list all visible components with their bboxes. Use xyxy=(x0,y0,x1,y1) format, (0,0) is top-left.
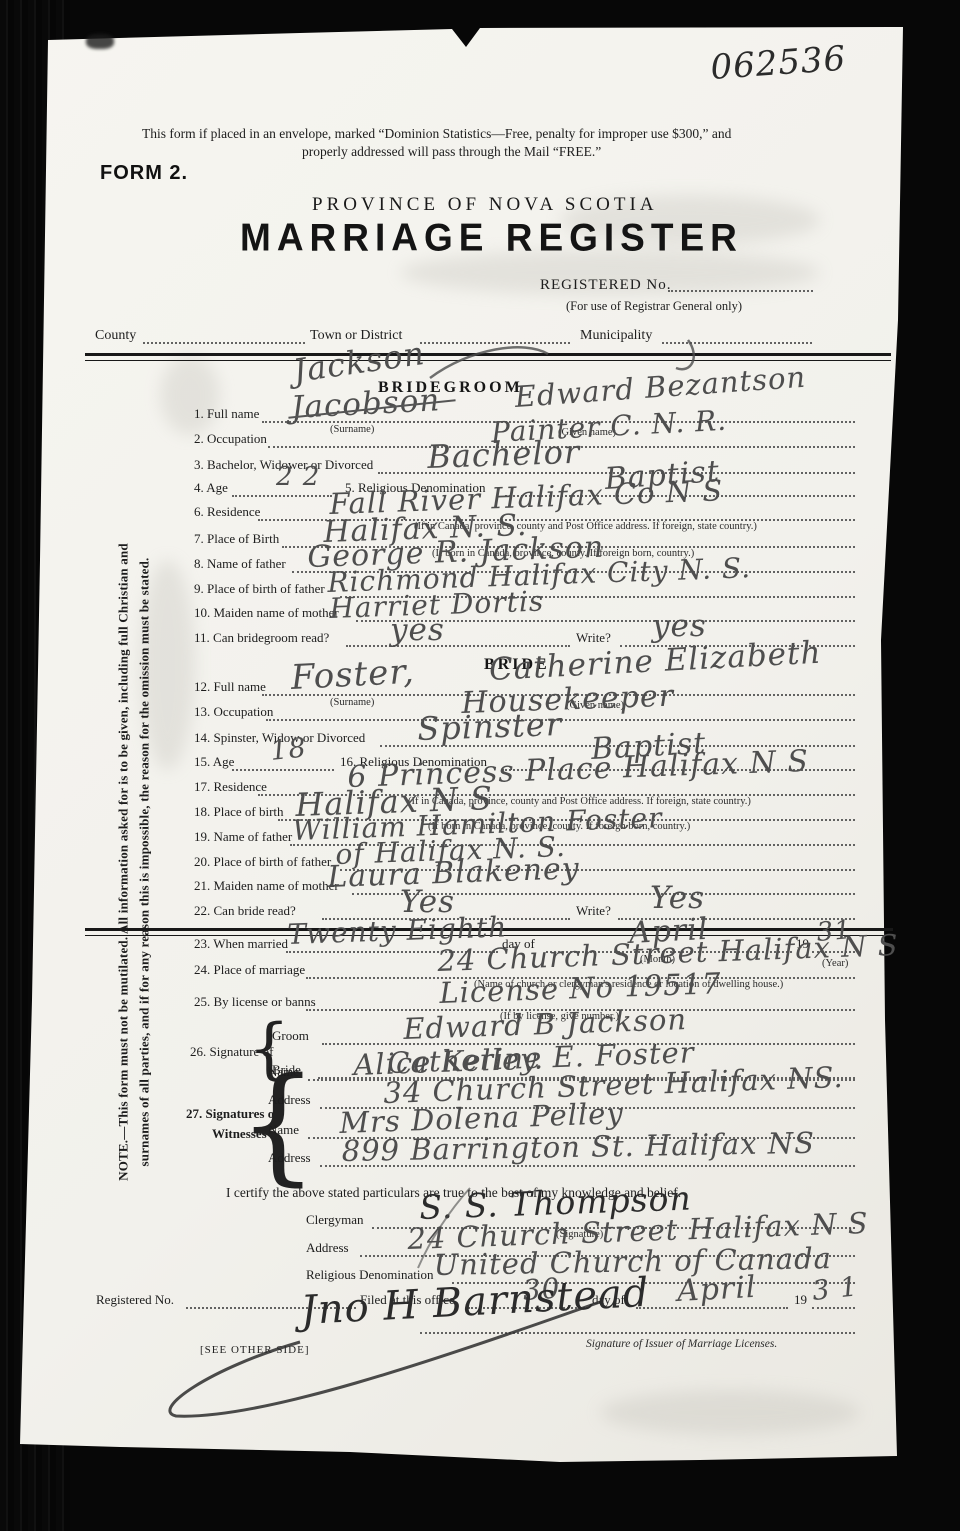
ink-flourishes xyxy=(0,0,960,1531)
film-scan-background: 062536 This form if placed in an envelop… xyxy=(0,0,960,1531)
